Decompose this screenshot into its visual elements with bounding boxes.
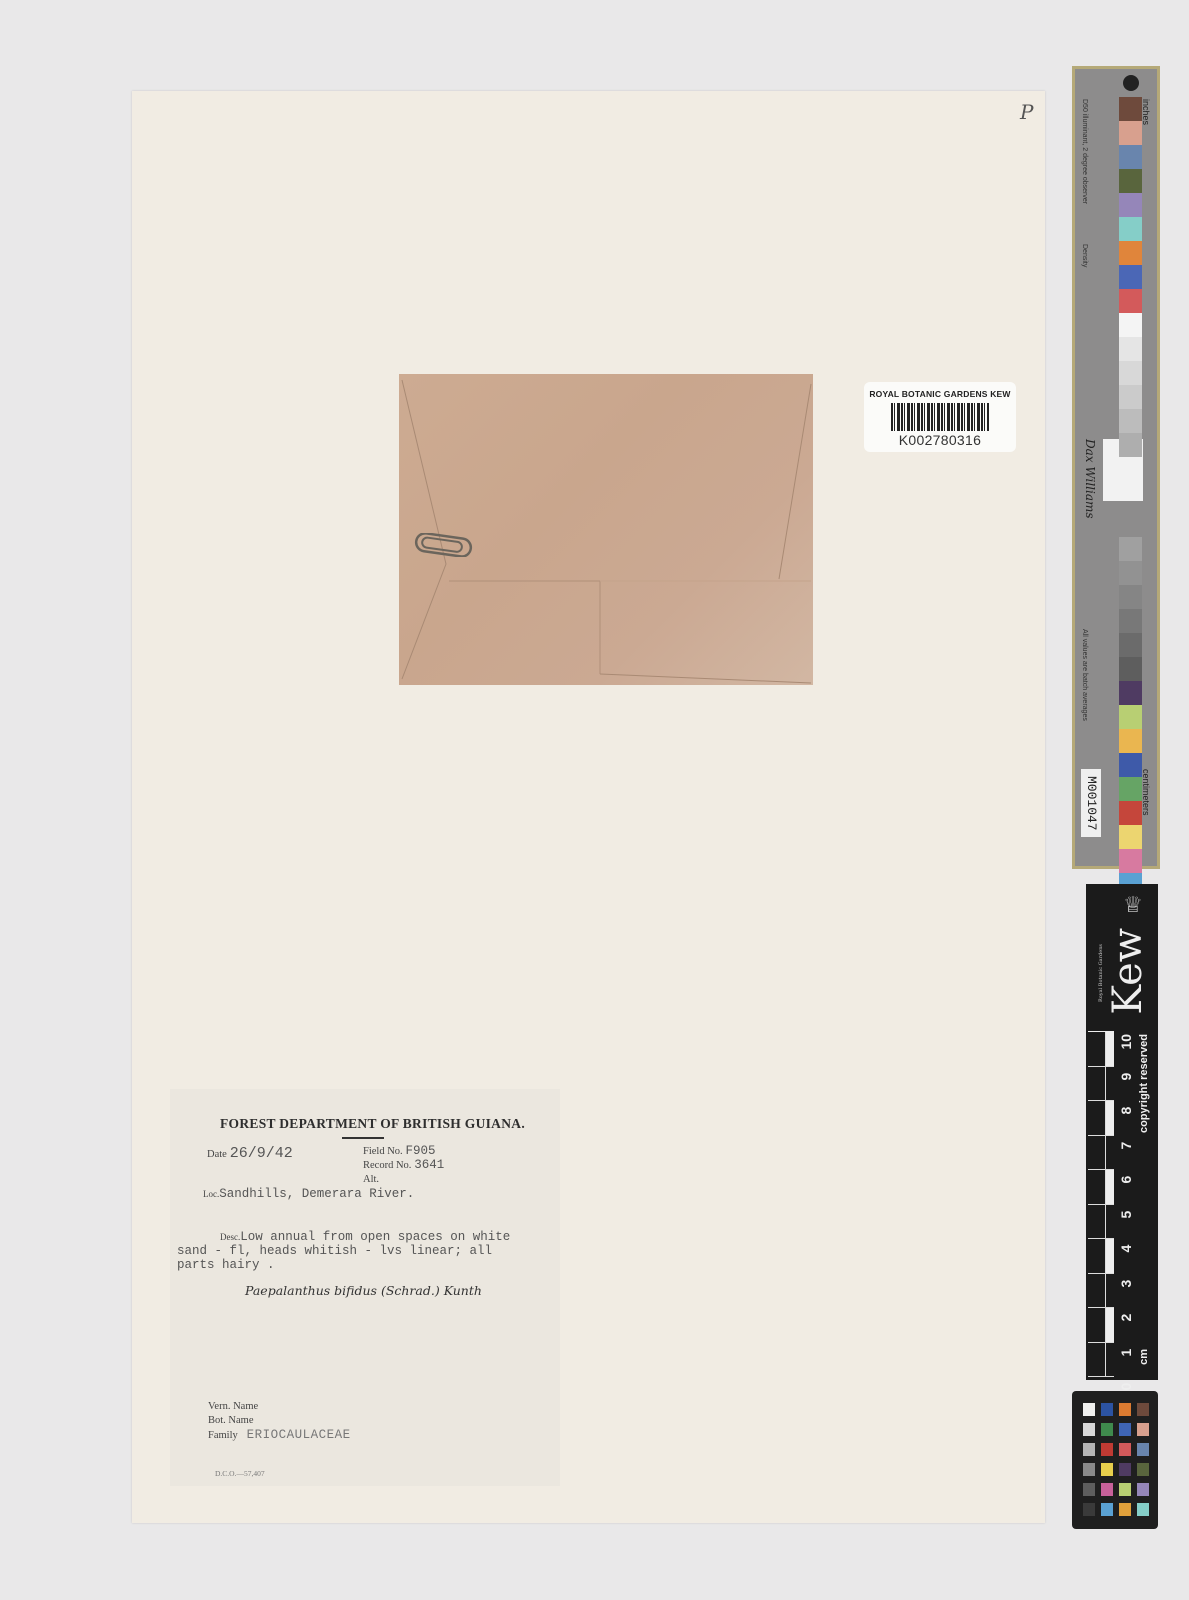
kew-copyright: copyright reserved xyxy=(1138,1034,1150,1133)
field-label-card: FOREST DEPARTMENT OF BRITISH GUIANA. Dat… xyxy=(170,1089,560,1486)
kew-scale-numbers: 109876543210 xyxy=(1118,1024,1136,1404)
print-reference: D.C.O.—57,407 xyxy=(215,1469,265,1478)
kew-scale-number: 2 xyxy=(1118,1300,1134,1335)
ruler-brand: Dax Williams xyxy=(1083,439,1097,519)
ruler-swatch xyxy=(1119,169,1142,193)
color-checker-cell xyxy=(1101,1463,1113,1476)
ruler-swatch xyxy=(1119,217,1142,241)
ruler-swatch xyxy=(1119,585,1142,609)
color-checker-cell xyxy=(1083,1483,1095,1496)
color-checker-cell xyxy=(1137,1403,1149,1416)
ruler-swatch xyxy=(1119,801,1142,825)
label-title: FOREST DEPARTMENT OF BRITISH GUIANA. xyxy=(220,1116,525,1132)
ruler-swatch xyxy=(1119,753,1142,777)
barcode-number: K002780316 xyxy=(864,432,1016,448)
field-no-row: Field No. F905 xyxy=(363,1144,436,1158)
record-no-row: Record No. 3641 xyxy=(363,1158,444,1172)
kew-logo: Kew xyxy=(1108,928,1148,1015)
ruler-swatch xyxy=(1119,265,1142,289)
ruler-swatch xyxy=(1119,609,1142,633)
ruler-swatch xyxy=(1119,97,1142,121)
color-checker-cell xyxy=(1119,1503,1131,1516)
desc-line-2: sand - fl, heads whitish - lvs linear; a… xyxy=(177,1244,492,1258)
color-checker-cell xyxy=(1119,1463,1131,1476)
ruler-centimeters-label: centimeters xyxy=(1141,769,1151,816)
desc-line-3: parts hairy . xyxy=(177,1258,492,1272)
kew-cm-scale xyxy=(1088,1031,1114,1376)
corner-pencil-mark: P xyxy=(1020,100,1033,124)
ruler-swatch xyxy=(1119,633,1142,657)
ruler-swatch xyxy=(1119,825,1142,849)
kew-scale-number: 10 xyxy=(1118,1024,1134,1059)
description-continued: sand - fl, heads whitish - lvs linear; a… xyxy=(177,1244,492,1272)
color-checker-cell xyxy=(1083,1503,1095,1516)
ruler-swatch xyxy=(1119,849,1142,873)
ruler-illuminant-text: D50 illuminant, 2 degree observer xyxy=(1081,99,1088,204)
color-checker-card xyxy=(1072,1391,1158,1529)
date-row: Date 26/9/42 xyxy=(207,1145,293,1162)
family-value: ERIOCAULACEAE xyxy=(247,1428,351,1442)
barcode-label: ROYAL BOTANIC GARDENS KEW K002780316 xyxy=(864,382,1016,452)
desc-label: Desc. xyxy=(220,1232,240,1242)
kew-scale-number: 3 xyxy=(1118,1266,1134,1301)
ruler-swatch xyxy=(1119,337,1142,361)
color-checker-cell xyxy=(1101,1503,1113,1516)
ruler-swatch xyxy=(1119,657,1142,681)
handwritten-determination: Paepalanthus bifidus (Schrad.) Kunth xyxy=(245,1283,482,1298)
color-checker-cell xyxy=(1119,1403,1131,1416)
ruler-swatch xyxy=(1119,561,1142,585)
ruler-swatch xyxy=(1119,777,1142,801)
bot-name-row: Bot. Name xyxy=(208,1414,254,1426)
kew-scale-number: 4 xyxy=(1118,1231,1134,1266)
description-row: Desc.Low annual from open spaces on whit… xyxy=(220,1230,510,1244)
ruler-swatch xyxy=(1119,361,1142,385)
color-calibration-ruler: D50 illuminant, 2 degree observer Densit… xyxy=(1072,66,1160,869)
ruler-inches-label: inches xyxy=(1141,99,1151,125)
color-checker-cell xyxy=(1083,1443,1095,1456)
ruler-swatch xyxy=(1119,121,1142,145)
desc-line-1: Low annual from open spaces on white xyxy=(240,1230,510,1244)
paperclip-icon xyxy=(414,533,474,557)
envelope-fold-lines xyxy=(399,374,813,685)
loc-label: Loc. xyxy=(203,1189,219,1199)
color-checker-cell xyxy=(1101,1403,1113,1416)
ruler-swatch xyxy=(1119,145,1142,169)
ruler-swatch xyxy=(1119,193,1142,217)
field-no-value: F905 xyxy=(406,1144,436,1158)
kew-scale-number: 9 xyxy=(1118,1059,1134,1094)
color-checker-cell xyxy=(1083,1463,1095,1476)
barcode-institution: ROYAL BOTANIC GARDENS KEW xyxy=(864,389,1016,399)
title-rule xyxy=(342,1137,384,1139)
date-label: Date xyxy=(207,1149,227,1160)
ruler-swatch xyxy=(1119,241,1142,265)
alt-row: Alt. xyxy=(363,1173,379,1185)
color-checker-cell xyxy=(1101,1483,1113,1496)
color-checker-cell xyxy=(1101,1423,1113,1436)
kew-unit: cm xyxy=(1138,1349,1150,1365)
ruler-swatch xyxy=(1119,385,1142,409)
barcode-icon xyxy=(891,403,989,431)
kew-scale-bar: ♕ Kew Royal Botanic Gardens 109876543210… xyxy=(1086,884,1158,1380)
color-checker-cell xyxy=(1137,1503,1149,1516)
color-checker-cell xyxy=(1137,1483,1149,1496)
date-value: 26/9/42 xyxy=(230,1145,293,1162)
vern-name-label: Vern. Name xyxy=(208,1401,258,1412)
alt-label: Alt. xyxy=(363,1174,379,1185)
family-label: Family xyxy=(208,1430,238,1441)
color-checker-cell xyxy=(1083,1423,1095,1436)
ruler-swatches xyxy=(1119,97,1142,897)
ruler-id: M001047 xyxy=(1081,769,1101,837)
kew-scale-number: 8 xyxy=(1118,1093,1134,1128)
ruler-swatch xyxy=(1119,681,1142,705)
record-no-label: Record No. xyxy=(363,1160,411,1171)
ruler-hole-top xyxy=(1123,75,1139,91)
color-checker-cell xyxy=(1137,1423,1149,1436)
color-checker-cell xyxy=(1101,1443,1113,1456)
loc-value: Sandhills, Demerara River. xyxy=(219,1187,414,1201)
ruler-density-label: Density xyxy=(1081,244,1088,267)
kew-scale-number: 7 xyxy=(1118,1128,1134,1163)
color-checker-cell xyxy=(1119,1443,1131,1456)
ruler-footnote: All values are batch averages xyxy=(1081,629,1088,721)
ruler-swatch xyxy=(1119,705,1142,729)
color-checker-cell xyxy=(1137,1443,1149,1456)
color-checker-grid xyxy=(1083,1403,1149,1516)
ruler-swatch xyxy=(1119,433,1142,457)
kew-subtitle: Royal Botanic Gardens xyxy=(1098,944,1104,1002)
locality-row: Loc.Sandhills, Demerara River. xyxy=(203,1187,414,1201)
bot-name-label: Bot. Name xyxy=(208,1415,254,1426)
ruler-swatch xyxy=(1119,729,1142,753)
family-row: Family ERIOCAULACEAE xyxy=(208,1428,351,1442)
ruler-swatch xyxy=(1119,313,1142,337)
field-no-label: Field No. xyxy=(363,1146,403,1157)
kew-crest-icon: ♕ xyxy=(1118,892,1148,922)
kew-scale-number: 1 xyxy=(1118,1335,1134,1370)
ruler-swatch xyxy=(1119,537,1142,561)
vern-name-row: Vern. Name xyxy=(208,1400,258,1412)
ruler-swatch xyxy=(1119,409,1142,433)
color-checker-cell xyxy=(1137,1463,1149,1476)
kew-scale-number: 5 xyxy=(1118,1197,1134,1232)
ruler-swatch xyxy=(1119,289,1142,313)
specimen-envelope[interactable] xyxy=(399,374,813,685)
kew-scale-number: 6 xyxy=(1118,1162,1134,1197)
record-no-value: 3641 xyxy=(414,1158,444,1172)
color-checker-cell xyxy=(1083,1403,1095,1416)
color-checker-cell xyxy=(1119,1423,1131,1436)
color-checker-cell xyxy=(1119,1483,1131,1496)
